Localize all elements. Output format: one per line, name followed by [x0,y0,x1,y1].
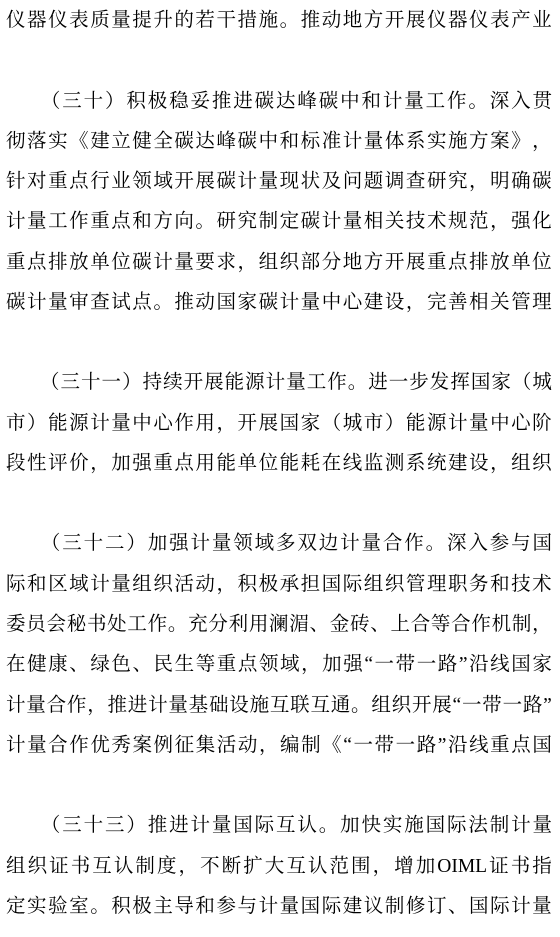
text-line [6,484,552,524]
text-line: 彻落实《建立健全碳达峰碳中和标准计量体系实施方案》， [6,122,552,162]
text-line: 组织证书互认制度，不断扩大互认范围，增加OIML证书指 [6,847,552,887]
text-line: 段性评价，加强重点用能单位能耗在线监测系统建设，组织 [6,444,552,484]
text-line: （三十一）持续开展能源计量工作。进一步发挥国家（城 [6,363,552,403]
text-line [6,766,552,806]
text-line [6,323,552,363]
text-line: 碳计量审查试点。推动国家碳计量中心建设，完善相关管理 [6,283,552,323]
document-text: 仪器仪表质量提升的若干措施。推动地方开展仪器仪表产业（三十）积极稳妥推进碳达峰碳… [6,1,552,927]
text-line: （三十）积极稳妥推进碳达峰碳中和计量工作。深入贯 [6,82,552,122]
text-line: 计量工作重点和方向。研究制定碳计量相关技术规范，强化 [6,202,552,242]
text-line: 市）能源计量中心作用，开展国家（城市）能源计量中心阶 [6,404,552,444]
text-line [6,41,552,81]
text-line: 在健康、绿色、民生等重点领域，加强“一带一路”沿线国家 [6,645,552,685]
text-line: 定实验室。积极主导和参与计量国际建议制修订、国际计量 [6,887,552,927]
text-line: （三十二）加强计量领域多双边计量合作。深入参与国 [6,524,552,564]
document-page: 仪器仪表质量提升的若干措施。推动地方开展仪器仪表产业（三十）积极稳妥推进碳达峰碳… [0,0,560,937]
text-line: 计量合作，推进计量基础设施互联互通。组织开展“一带一路” [6,686,552,726]
text-line: 委员会秘书处工作。充分利用澜湄、金砖、上合等合作机制， [6,605,552,645]
text-line: （三十三）推进计量国际互认。加快实施国际法制计量 [6,806,552,846]
text-line: 重点排放单位碳计量要求，组织部分地方开展重点排放单位 [6,243,552,283]
text-line: 际和区域计量组织活动，积极承担国际组织管理职务和技术 [6,565,552,605]
text-line: 针对重点行业领域开展碳计量现状及问题调查研究，明确碳 [6,162,552,202]
text-line: 仪器仪表质量提升的若干措施。推动地方开展仪器仪表产业 [6,1,552,41]
text-line: 计量合作优秀案例征集活动，编制《“一带一路”沿线重点国 [6,726,552,766]
